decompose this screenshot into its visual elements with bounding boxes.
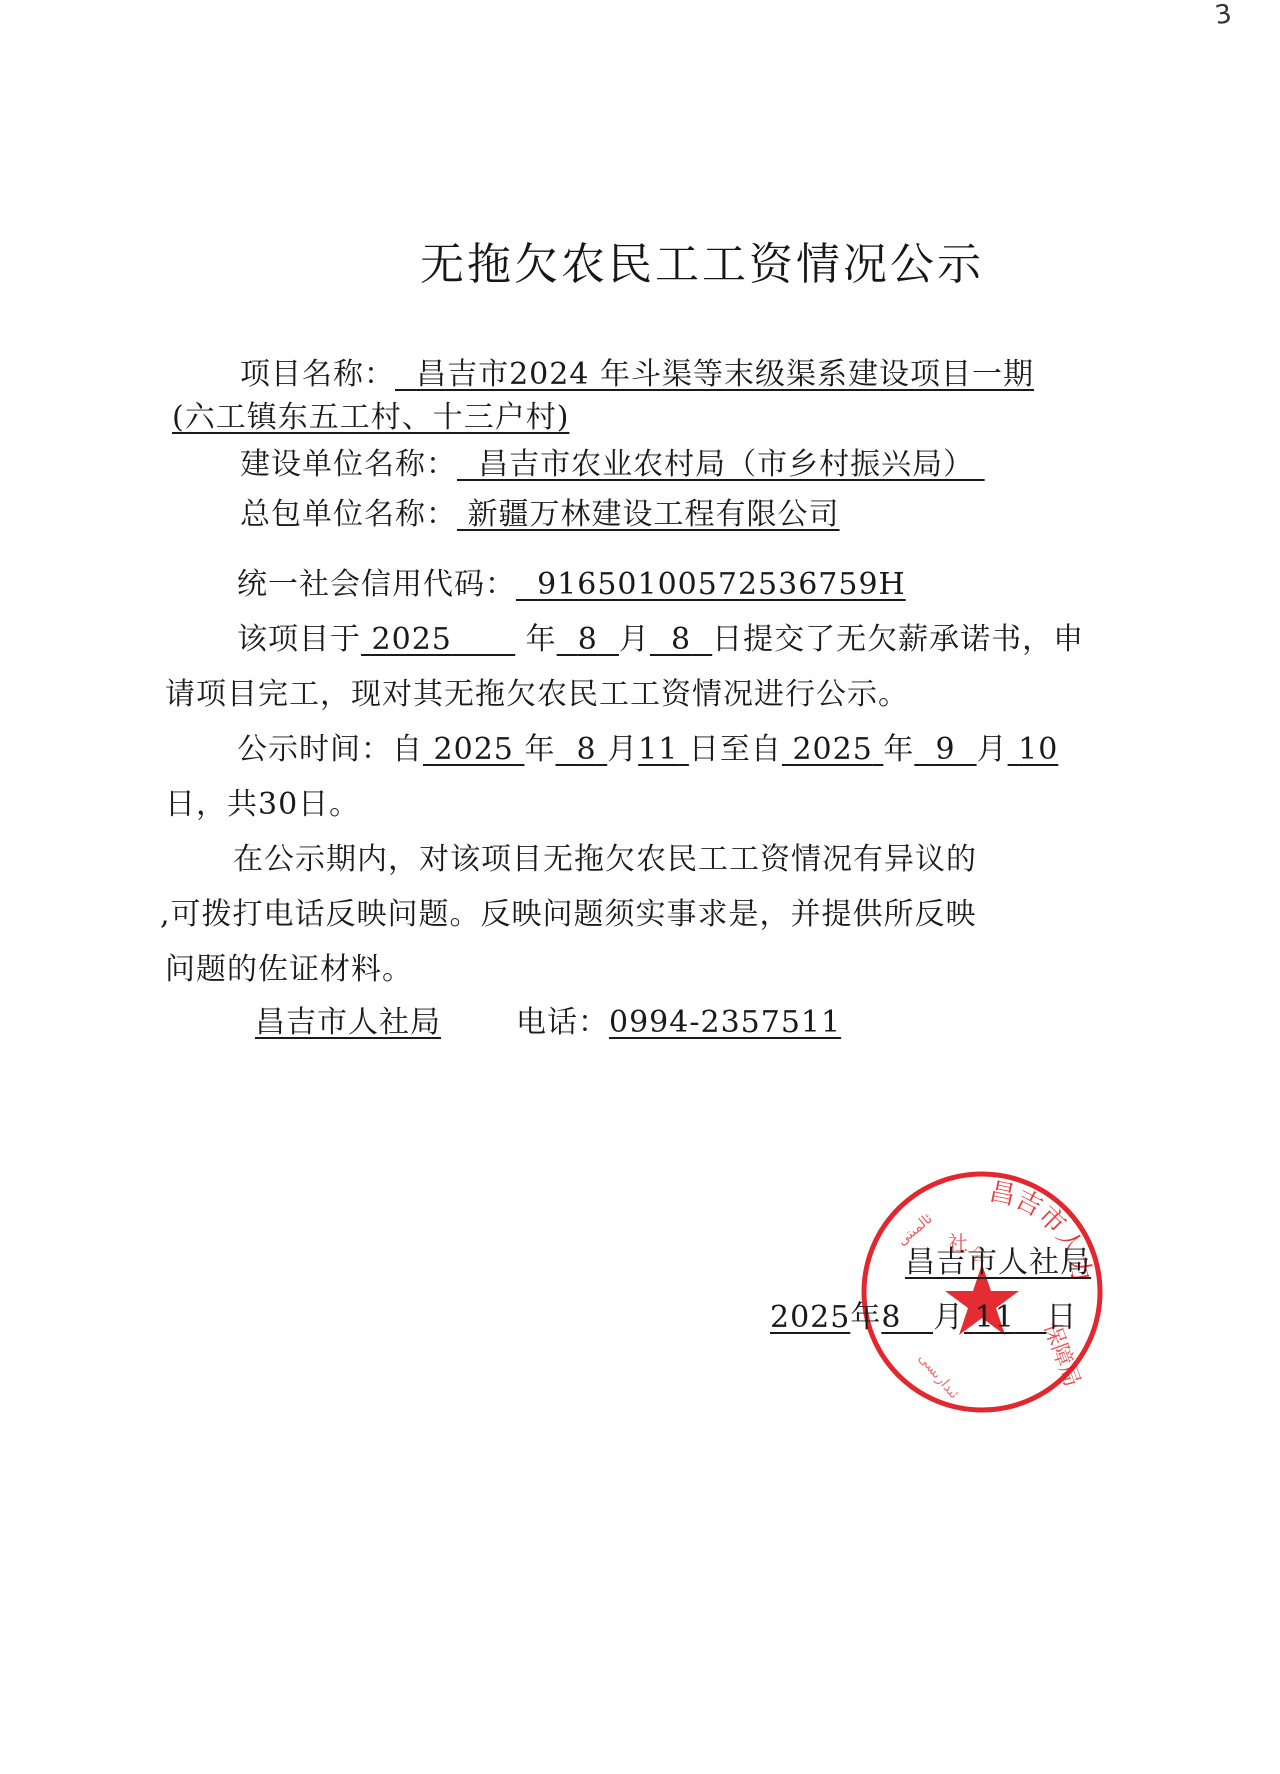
period-start-month: 8 [555, 732, 607, 767]
contact-org: 昌吉市人社局 [255, 1005, 441, 1040]
submission-month: 8 [557, 622, 619, 657]
signature-date: 2025年8 月 11 日 [770, 1292, 1077, 1336]
period-end-day: 10 [1008, 732, 1059, 767]
submission-row: 该项目于 2025 年 8 月 8 日提交了无欠薪承诺书，申 [237, 622, 1084, 658]
document-title: 无拖欠农民工工资情况公示 [420, 228, 984, 292]
period-start-day: 11 [638, 732, 689, 767]
day-unit: 日 [1046, 1300, 1077, 1335]
project-name-row: 项目名称： 昌吉市2024 年斗渠等末级渠系建设项目一期 [240, 357, 1034, 393]
builder-row: 建设单位名称： 昌吉市农业农村局（市乡村振兴局） [240, 447, 985, 483]
period-row: 公示时间：自 2025 年 8 月11 日至自 2025 年 9 月 10 [237, 732, 1058, 768]
objection-line-2: ,可拨打电话反映问题。反映问题须实事求是，并提供所反映 [160, 897, 977, 933]
contractor-row: 总包单位名称： 新疆万林建设工程有限公司 [240, 497, 840, 533]
period-label: 公示时间：自 [237, 732, 423, 767]
signature-month: 8 [881, 1300, 933, 1335]
objection-line-3: 问题的佐证材料。 [165, 952, 413, 988]
month-unit: 月 [619, 622, 650, 657]
year-unit: 年 [883, 732, 914, 767]
page-number-mark: 3 [1213, 0, 1234, 31]
period-to: 日至自 [689, 732, 782, 767]
project-name-label: 项目名称： [240, 357, 395, 392]
period-row-2: 日，共30日。 [165, 787, 360, 823]
signature-year: 2025 [770, 1300, 850, 1335]
submission-day: 8 [650, 622, 712, 657]
period-end-year: 2025 [782, 732, 883, 767]
credit-code-label: 统一社会信用代码： [237, 567, 516, 602]
submission-line2: 请项目完工，现对其无拖欠农民工工资情况进行公示。 [165, 677, 909, 712]
submission-row-2: 请项目完工，现对其无拖欠农民工工资情况进行公示。 [165, 677, 909, 713]
phone-number: 0994-2357511 [609, 1005, 841, 1040]
year-unit: 年 [526, 622, 557, 657]
credit-code-row: 统一社会信用代码： 91650100572536759H [237, 567, 906, 603]
year-unit: 年 [850, 1300, 881, 1335]
contractor-value: 新疆万林建设工程有限公司 [457, 497, 840, 532]
period-end-month: 9 [914, 732, 976, 767]
submission-suffix: 日提交了无欠薪承诺书，申 [712, 622, 1084, 657]
project-name-value-cont: (六工镇东五工村、十三户村) [172, 400, 569, 435]
signature-day: 11 [964, 1300, 1046, 1335]
project-name-value: 昌吉市2024 年斗渠等末级渠系建设项目一期 [395, 357, 1034, 392]
contractor-label: 总包单位名称： [240, 497, 457, 532]
period-total: 日，共30日。 [165, 787, 360, 822]
builder-value: 昌吉市农业农村局（市乡村振兴局） [457, 447, 985, 482]
builder-label: 建设单位名称： [240, 447, 457, 482]
period-start-year: 2025 [423, 732, 524, 767]
signature-org: 昌吉市人社局 [905, 1237, 1091, 1281]
signature-org-text: 昌吉市人社局 [905, 1245, 1091, 1280]
contact-row: 昌吉市人社局电话：0994-2357511 [255, 1005, 841, 1041]
project-name-row-2: (六工镇东五工村、十三户村) [172, 400, 569, 436]
month-unit: 月 [933, 1300, 964, 1335]
phone-label: 电话： [516, 1005, 609, 1040]
objection-line-1: 在公示期内，对该项目无拖欠农民工工资情况有异议的 [233, 842, 977, 878]
month-unit: 月 [977, 732, 1008, 767]
month-unit: 月 [607, 732, 638, 767]
credit-code-value: 91650100572536759H [516, 567, 906, 602]
year-unit: 年 [524, 732, 555, 767]
submission-year: 2025 [361, 622, 515, 657]
submission-prefix: 该项目于 [237, 622, 361, 657]
